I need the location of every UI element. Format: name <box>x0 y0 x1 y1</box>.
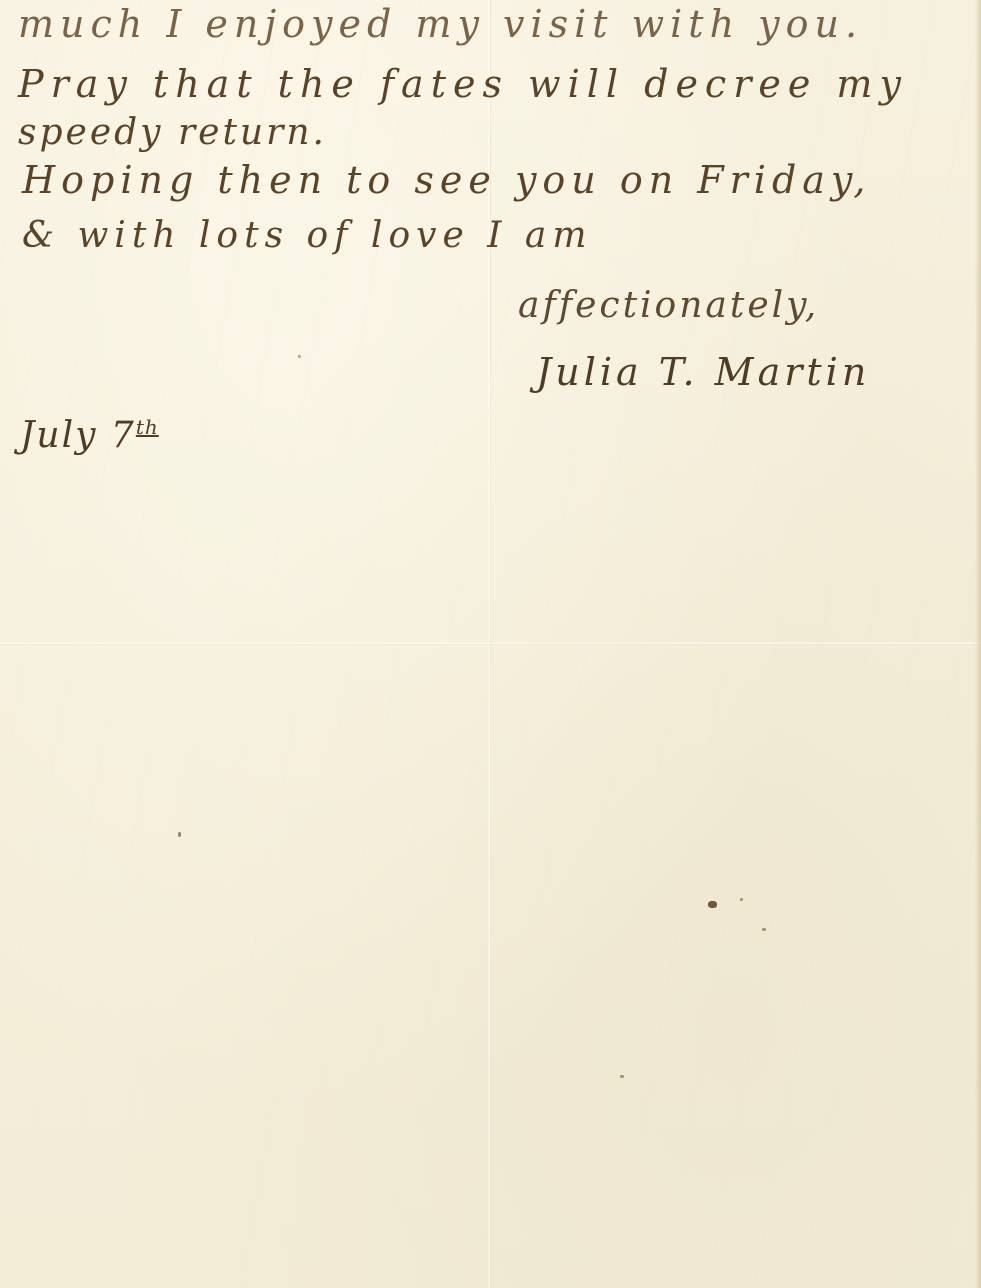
horizontal-fold-crease <box>0 642 981 645</box>
letter-line-5: & with lots of love I am <box>22 215 592 256</box>
ink-spot <box>298 355 301 358</box>
letter-page: much I enjoyed my visit with you. Pray t… <box>0 0 981 1288</box>
letter-line-4: Hoping then to see you on Friday, <box>22 158 871 202</box>
letter-line-2: Pray that the fates will decree my <box>18 62 908 106</box>
ink-spot <box>620 1075 624 1078</box>
letter-line-3: speedy return. <box>18 112 327 153</box>
date-suffix: th <box>136 415 159 439</box>
paper-edge <box>975 0 981 1288</box>
ink-spot <box>740 898 743 901</box>
letter-closing: affectionately, <box>518 285 819 326</box>
letter-date: July 7th <box>20 415 159 456</box>
ink-spot <box>708 901 717 908</box>
ink-spot <box>178 832 181 837</box>
date-text: July 7 <box>20 415 136 456</box>
letter-line-1: much I enjoyed my visit with you. <box>18 2 863 46</box>
letter-signature: Julia T. Martin <box>536 350 870 394</box>
ink-spot <box>762 928 766 931</box>
